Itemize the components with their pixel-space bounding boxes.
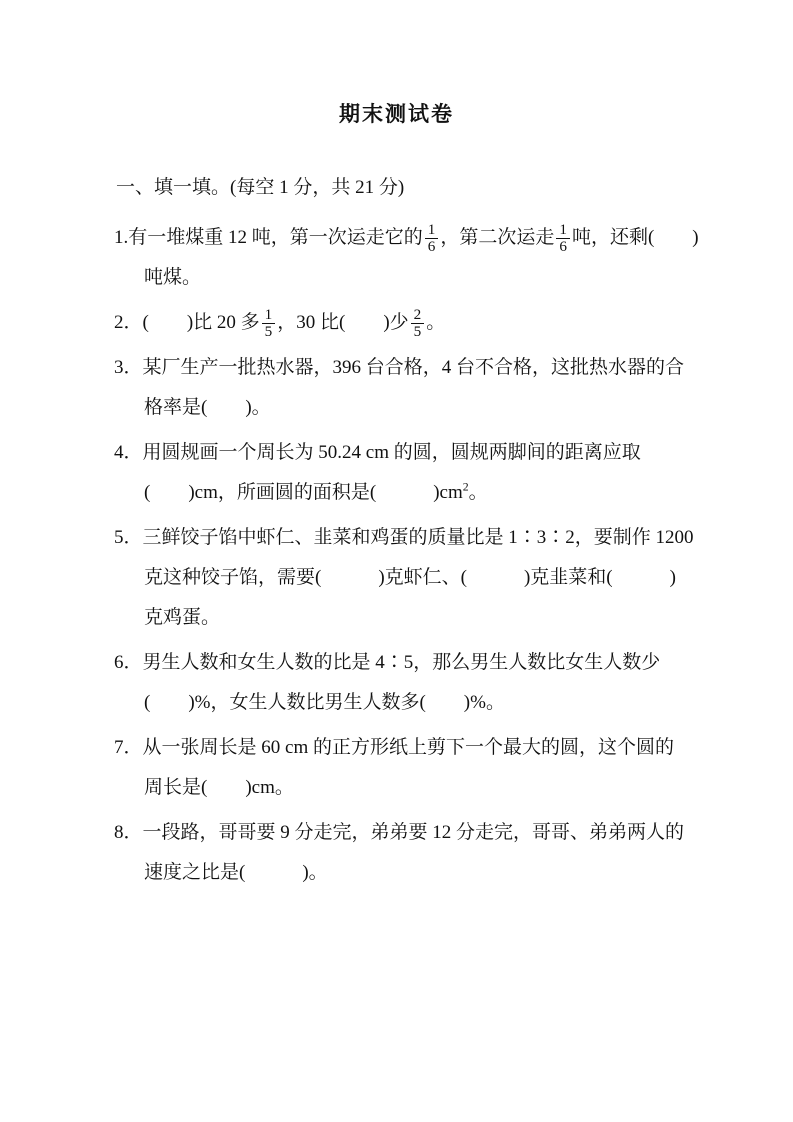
question-number: 5． [114, 527, 143, 548]
question-number: 7． [114, 737, 143, 758]
fraction: 25 [411, 307, 425, 341]
question-text: 三鲜饺子馅中虾仁、韭菜和鸡蛋的质量比是 1∶3∶2，要制作 1200克这种饺子馅… [143, 527, 694, 628]
question-text: ( )比 20 多15，30 比( )少25。 [143, 312, 446, 333]
fraction-denominator: 5 [262, 323, 276, 341]
fraction-numerator: 1 [556, 222, 570, 239]
question-5: 5．三鲜饺子馅中虾仁、韭菜和鸡蛋的质量比是 1∶3∶2，要制作 1200克这种饺… [114, 518, 703, 638]
fraction: 16 [425, 222, 439, 256]
question-number: 2． [114, 312, 143, 333]
question-number: 8． [114, 822, 143, 843]
question-number: 1. [114, 227, 128, 248]
question-3: 3．某厂生产一批热水器，396 台合格，4 台不合格，这批热水器的合格率是( )… [114, 348, 703, 428]
question-text: 某厂生产一批热水器，396 台合格，4 台不合格，这批热水器的合格率是( )。 [143, 357, 685, 418]
question-4: 4．用圆规画一个周长为 50.24 cm 的圆，圆规两脚间的距离应取( )cm，… [114, 433, 703, 513]
section-heading: 一、填一填。(每空 1 分，共 21 分) [116, 174, 703, 202]
question-text: 男生人数和女生人数的比是 4∶5，那么男生人数比女生人数少( )%，女生人数比男… [143, 652, 661, 713]
fraction-numerator: 1 [425, 222, 439, 239]
question-8: 8．一段路，哥哥要 9 分走完，弟弟要 12 分走完，哥哥、弟弟两人的速度之比是… [114, 813, 703, 893]
question-list: 1.有一堆煤重 12 吨，第一次运走它的16，第二次运走16吨，还剩( )吨煤。… [114, 218, 703, 893]
fraction-numerator: 2 [411, 307, 425, 324]
question-number: 4． [114, 442, 143, 463]
question-2: 2．( )比 20 多15，30 比( )少25。 [114, 303, 703, 343]
fraction-denominator: 5 [411, 323, 425, 341]
question-6: 6．男生人数和女生人数的比是 4∶5，那么男生人数比女生人数少( )%，女生人数… [114, 643, 703, 723]
question-1: 1.有一堆煤重 12 吨，第一次运走它的16，第二次运走16吨，还剩( )吨煤。 [114, 218, 703, 298]
test-paper-page: 期末测试卷 一、填一填。(每空 1 分，共 21 分) 1.有一堆煤重 12 吨… [0, 0, 793, 1122]
page-title: 期末测试卷 [114, 98, 679, 128]
question-text: 有一堆煤重 12 吨，第一次运走它的16，第二次运走16吨，还剩( )吨煤。 [128, 227, 698, 288]
question-number: 6． [114, 652, 143, 673]
fraction: 15 [262, 307, 276, 341]
superscript: 2 [463, 481, 469, 494]
question-text: 一段路，哥哥要 9 分走完，弟弟要 12 分走完，哥哥、弟弟两人的速度之比是( … [143, 822, 685, 883]
question-text: 用圆规画一个周长为 50.24 cm 的圆，圆规两脚间的距离应取( )cm，所画… [143, 442, 641, 503]
fraction-denominator: 6 [556, 238, 570, 256]
fraction: 16 [556, 222, 570, 256]
fraction-numerator: 1 [262, 307, 276, 324]
question-text: 从一张周长是 60 cm 的正方形纸上剪下一个最大的圆，这个圆的周长是( )cm… [143, 737, 674, 798]
question-number: 3． [114, 357, 143, 378]
fraction-denominator: 6 [425, 238, 439, 256]
question-7: 7．从一张周长是 60 cm 的正方形纸上剪下一个最大的圆，这个圆的周长是( )… [114, 728, 703, 808]
